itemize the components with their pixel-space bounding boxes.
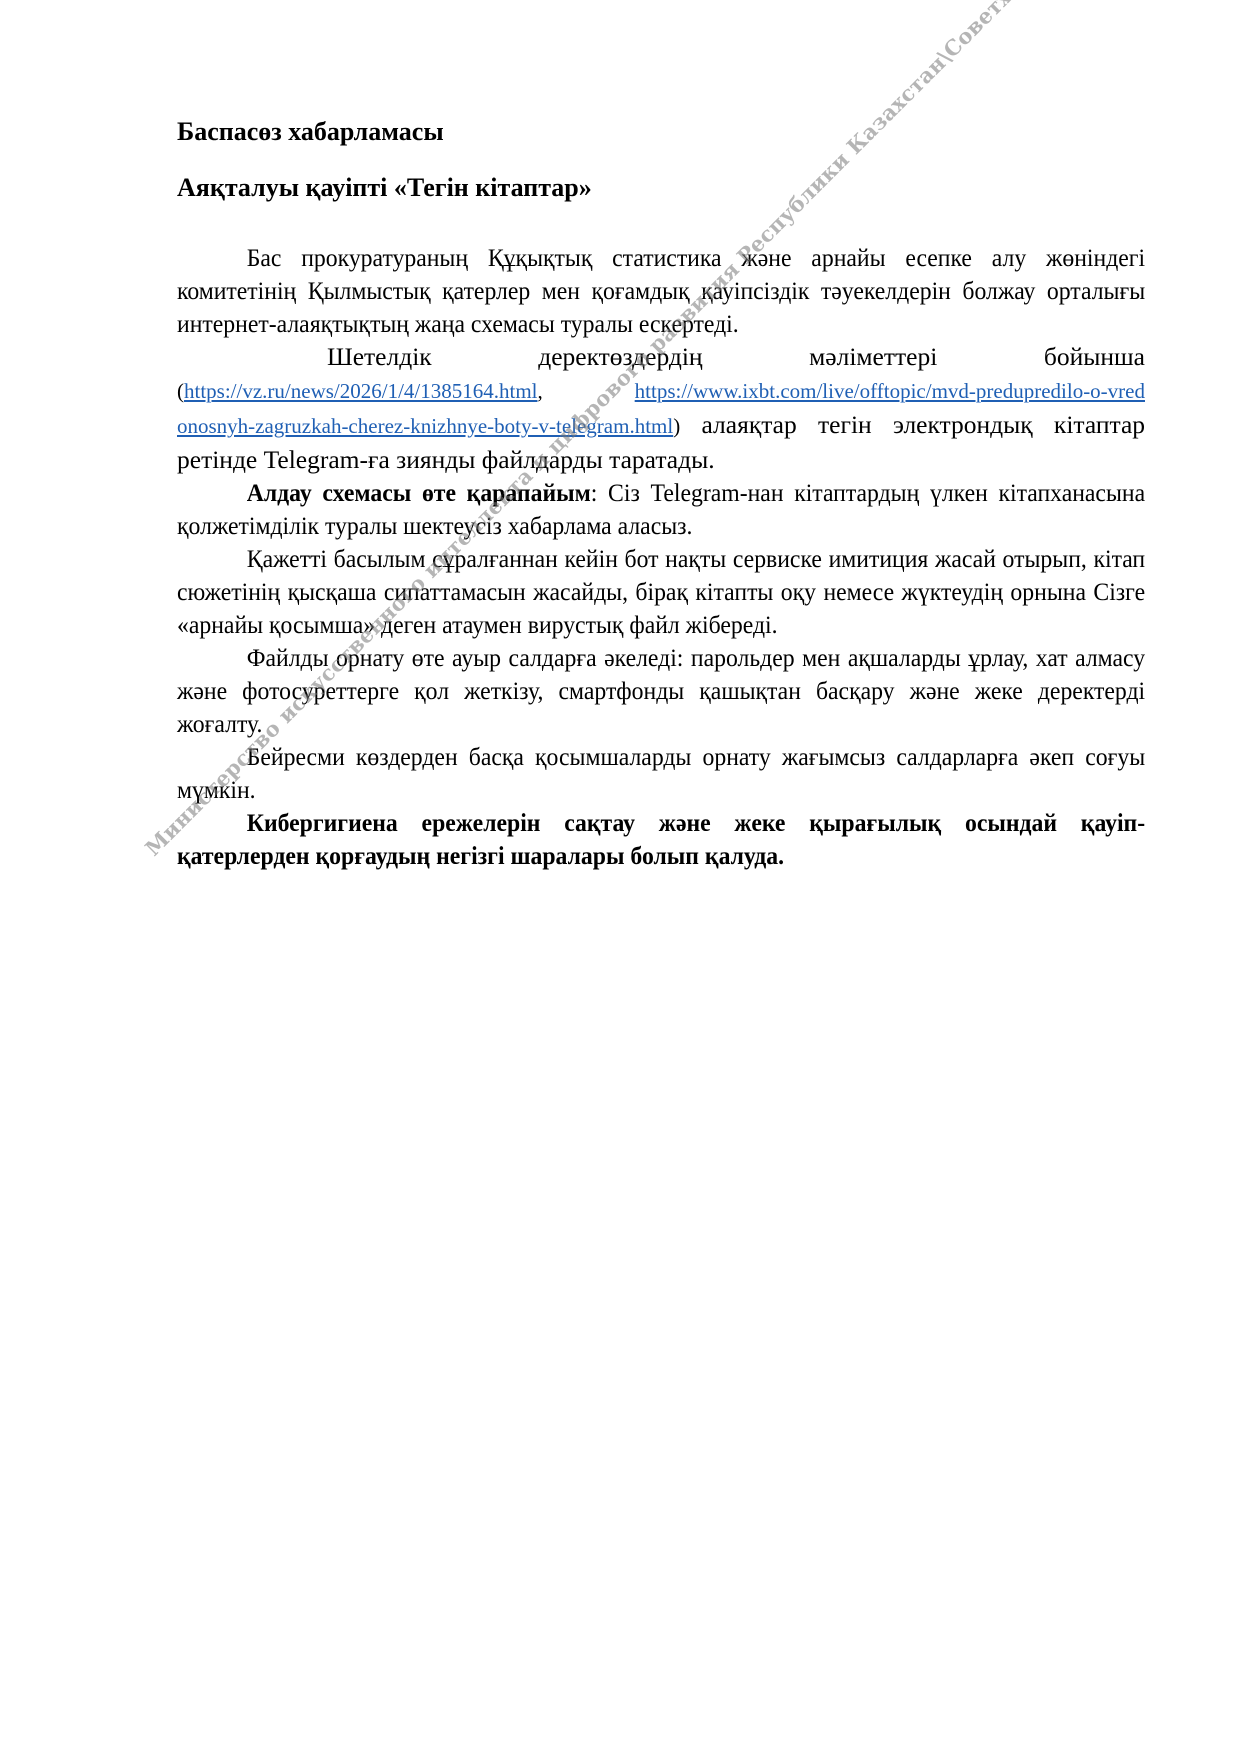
open-paren: ( — [177, 379, 184, 403]
paragraph-intro: Бас прокуратураның Құқықтық статистика ж… — [177, 241, 1145, 340]
close-paren: ) — [673, 414, 680, 438]
paragraph-conclusion: Кибергигиена ережелерін сақтау және жеке… — [177, 806, 1145, 872]
sources-lead: Шетелдік деректөздердің мәліметтері бойы… — [252, 340, 1145, 373]
source-link-vz[interactable]: https://vz.ru/news/2026/1/4/1385164.html — [184, 379, 538, 403]
document-page: Баспасөз хабарламасы Аяқталуы қауіпті «Т… — [0, 0, 1241, 1755]
conclusion-bold: Кибергигиена ережелерін сақтау және жеке… — [177, 808, 1145, 870]
paragraph-consequences: Файлды орнату өте ауыр салдарға әкеледі:… — [177, 641, 1145, 740]
link-separator: , — [538, 379, 543, 403]
document-body: Баспасөз хабарламасы Аяқталуы қауіпті «Т… — [177, 117, 1145, 872]
document-subtitle: Аяқталуы қауіпті «Тегін кітаптар» — [177, 173, 1145, 203]
document-title: Баспасөз хабарламасы — [177, 117, 1145, 147]
paragraph-sources: Шетелдік деректөздердің мәліметтері бойы… — [177, 340, 1145, 476]
paragraph-bot: Қажетті басылым сұралғаннан кейін бот на… — [177, 542, 1145, 641]
scheme-bold-lead: Алдау схемасы өте қарапайым — [247, 478, 591, 507]
paragraph-scheme: Алдау схемасы өте қарапайым: Сіз Telegra… — [177, 476, 1145, 542]
paragraph-unofficial: Бейресми көздерден басқа қосымшаларды ор… — [177, 740, 1145, 806]
